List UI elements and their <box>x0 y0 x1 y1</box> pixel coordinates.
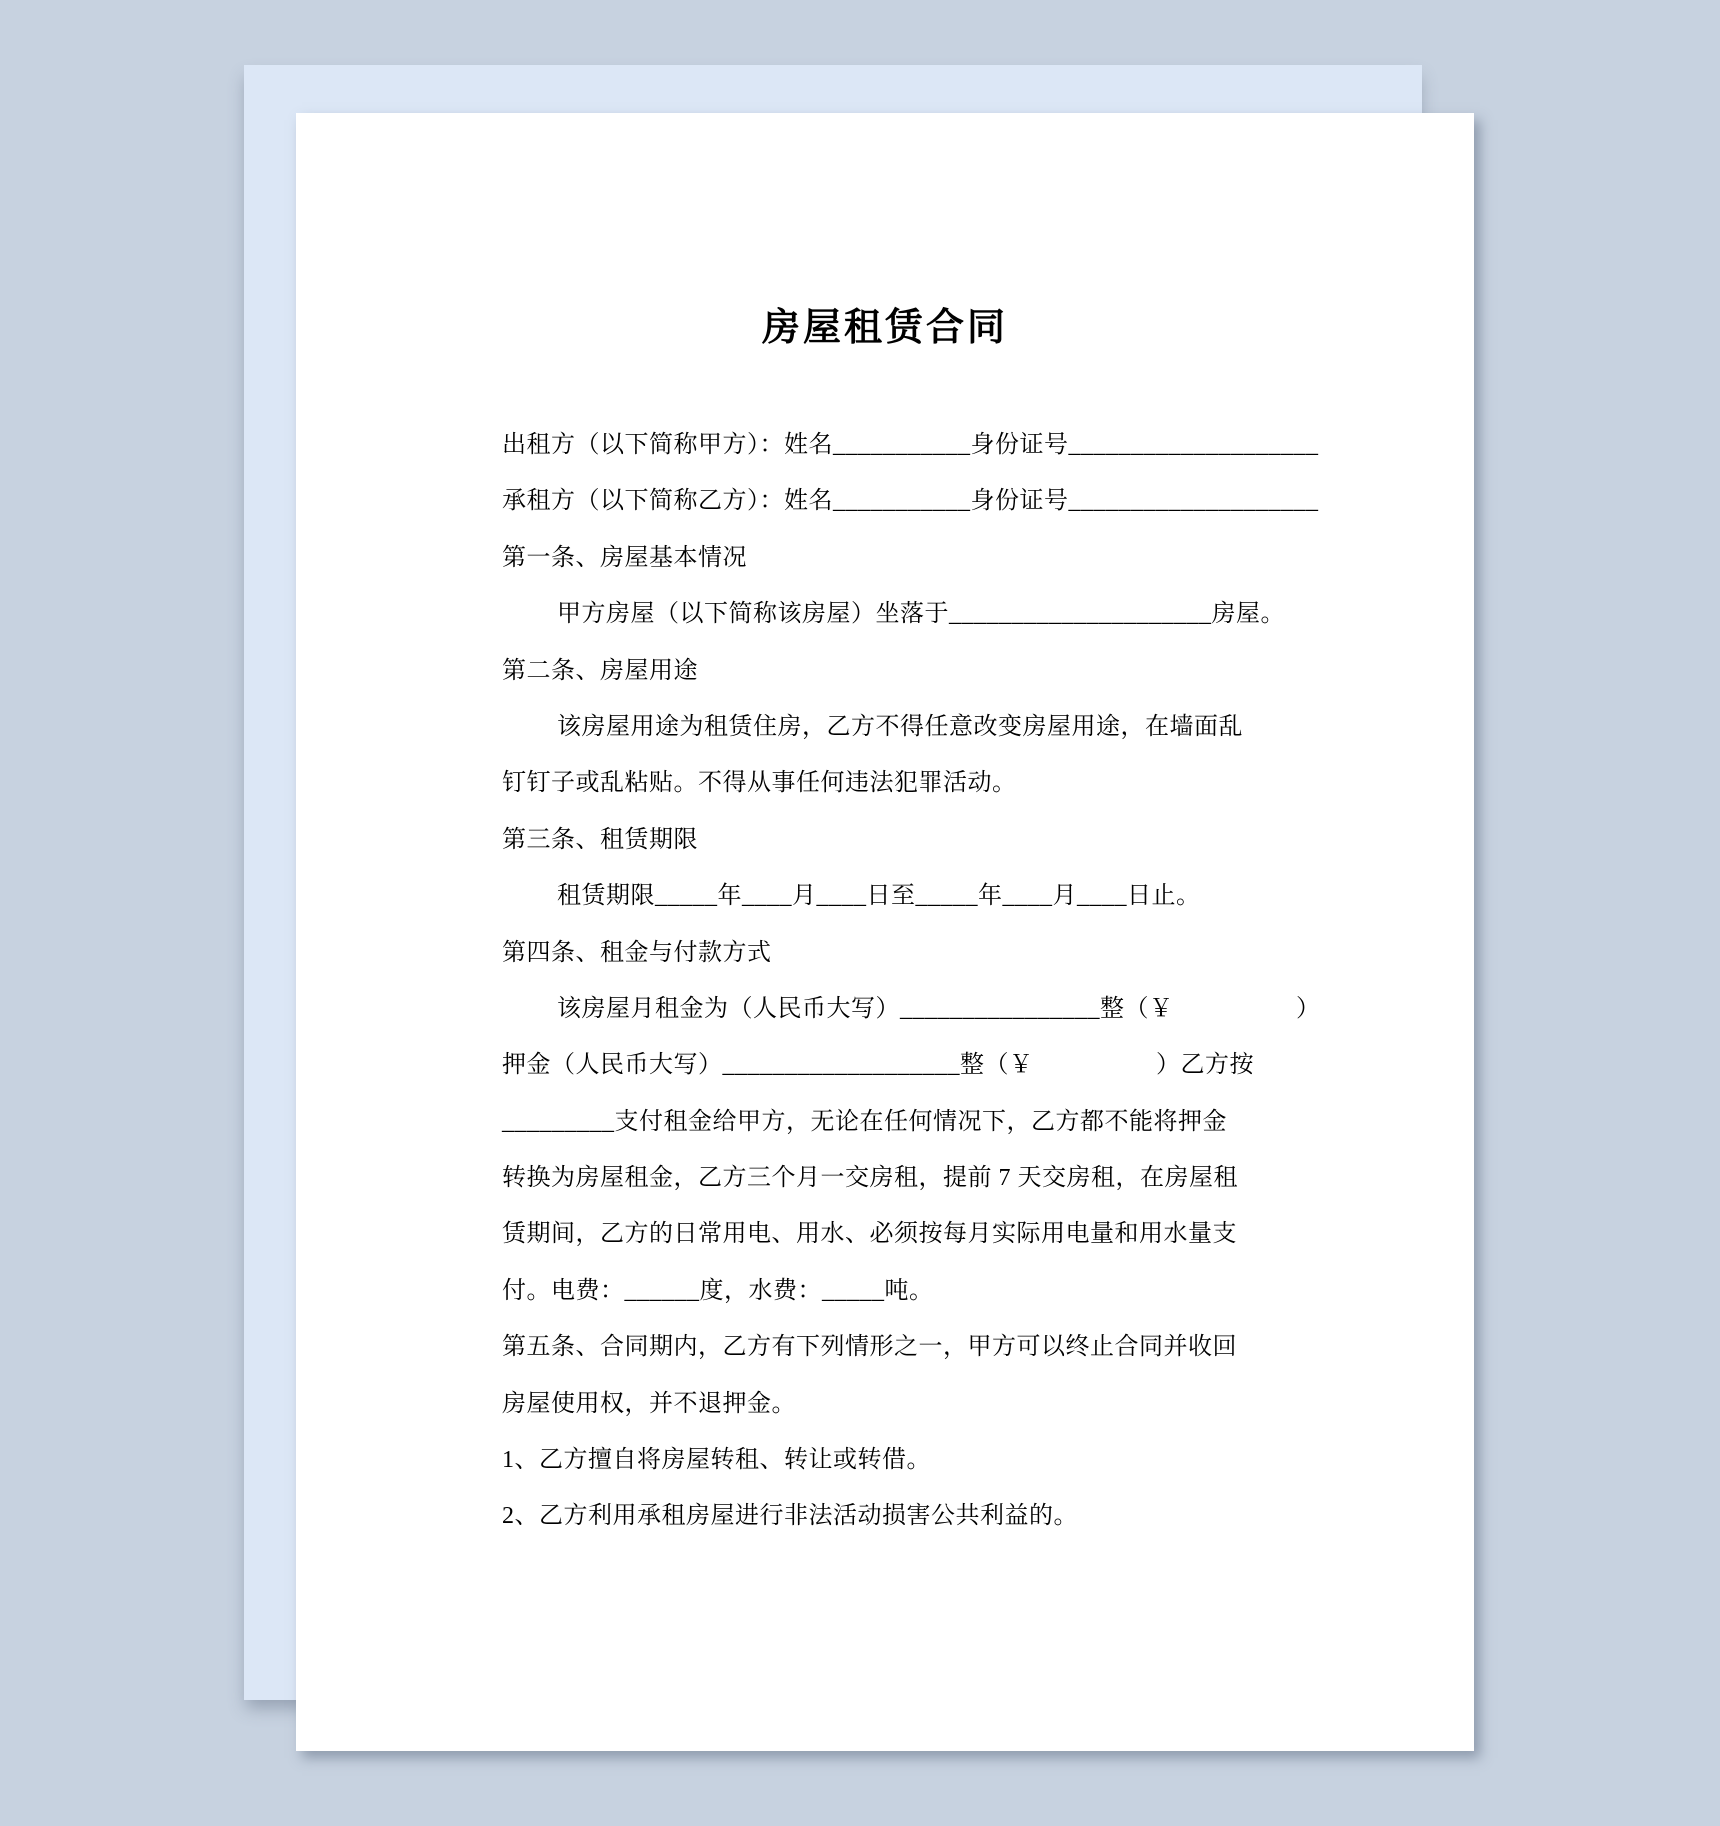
contract-line: 租赁期限_____年____月____日至_____年____月____日止。 <box>502 868 1268 924</box>
contract-line: 第三条、租赁期限 <box>502 812 1268 868</box>
contract-line: 钉钉子或乱粘贴。不得从事任何违法犯罪活动。 <box>502 755 1268 811</box>
contract-line: 付。电费：______度，水费：_____吨。 <box>502 1263 1268 1319</box>
contract-line: 第二条、房屋用途 <box>502 643 1268 699</box>
contract-line: _________支付租金给甲方，无论在任何情况下，乙方都不能将押金 <box>502 1094 1268 1150</box>
contract-line: 赁期间，乙方的日常用电、用水、必须按每月实际用电量和用水量支 <box>502 1206 1268 1262</box>
contract-line: 该房屋月租金为（人民币大写）________________整（￥ ） <box>502 981 1268 1037</box>
contract-line: 第四条、租金与付款方式 <box>502 925 1268 981</box>
contract-line: 押金（人民币大写）___________________整（￥ ）乙方按 <box>502 1037 1268 1093</box>
contract-content: 房屋租赁合同 出租方（以下简称甲方）：姓名___________身份证号____… <box>502 113 1268 1545</box>
contract-page: 房屋租赁合同 出租方（以下简称甲方）：姓名___________身份证号____… <box>296 113 1474 1751</box>
contract-line: 甲方房屋（以下简称该房屋）坐落于_____________________房屋。 <box>502 586 1268 642</box>
contract-line: 该房屋用途为租赁住房，乙方不得任意改变房屋用途，在墙面乱 <box>502 699 1268 755</box>
contract-line: 出租方（以下简称甲方）：姓名___________身份证号___________… <box>502 417 1268 473</box>
contract-line: 2、乙方利用承租房屋进行非法活动损害公共利益的。 <box>502 1488 1268 1544</box>
contract-line: 第一条、房屋基本情况 <box>502 530 1268 586</box>
contract-line: 转换为房屋租金，乙方三个月一交房租，提前 7 天交房租，在房屋租 <box>502 1150 1268 1206</box>
contract-line: 第五条、合同期内，乙方有下列情形之一，甲方可以终止合同并收回 <box>502 1319 1268 1375</box>
contract-body: 出租方（以下简称甲方）：姓名___________身份证号___________… <box>502 417 1268 1545</box>
contract-line: 房屋使用权，并不退押金。 <box>502 1376 1268 1432</box>
contract-title: 房屋租赁合同 <box>502 300 1268 357</box>
contract-line: 承租方（以下简称乙方）：姓名___________身份证号___________… <box>502 473 1268 529</box>
desktop-background: 房屋租赁合同 出租方（以下简称甲方）：姓名___________身份证号____… <box>0 0 1720 1826</box>
contract-line: 1、乙方擅自将房屋转租、转让或转借。 <box>502 1432 1268 1488</box>
